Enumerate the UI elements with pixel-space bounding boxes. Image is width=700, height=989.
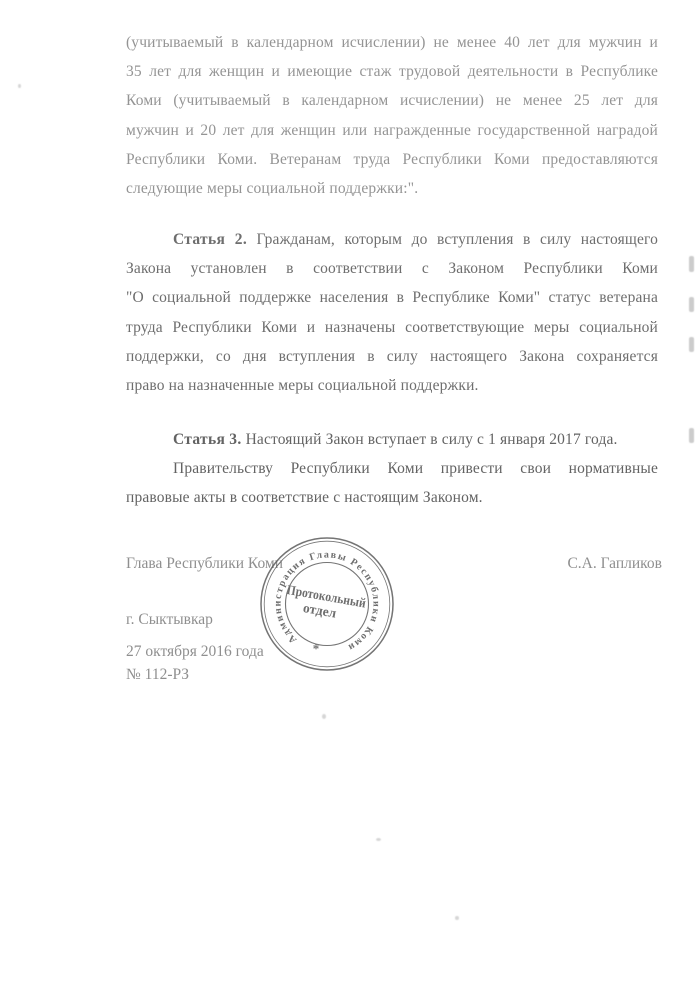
- text-line: Правительству Республики Коми привести с…: [126, 454, 658, 483]
- article-3-label: Статья 3.: [173, 431, 242, 448]
- text-line: Закона установлен в соответствии с Закон…: [126, 254, 658, 283]
- stamp-star: *: [313, 641, 320, 656]
- text-line: Статья 2. Гражданам, которым до вступлен…: [126, 225, 658, 254]
- scan-edge-artifact: [689, 337, 694, 352]
- text-line: труда Республики Коми и назначены соотве…: [126, 313, 658, 342]
- signature-city: г. Сыктывкар: [126, 605, 213, 634]
- signature-date: 27 октября 2016 года: [126, 640, 264, 663]
- text-line: Коми (учитываемый в календарном исчислен…: [126, 86, 658, 115]
- scan-speck: [322, 714, 326, 719]
- document-number: № 112-РЗ: [126, 663, 264, 686]
- scan-edge-artifact: [689, 297, 694, 312]
- text-line: (учитываемый в календарном исчислении) н…: [126, 28, 658, 57]
- article-3-paragraph: Статья 3. Настоящий Закон вступает в сил…: [126, 425, 658, 513]
- article-3-first-line: Настоящий Закон вступает в силу с 1 янва…: [242, 431, 618, 448]
- text-line: следующие меры социальной поддержки:".: [126, 174, 658, 203]
- text-line: поддержки, со дня вступления в силу наст…: [126, 342, 658, 371]
- text-line: 35 лет для женщин и имеющие стаж трудово…: [126, 57, 658, 86]
- text-line: правовые акты в соответствие с настоящим…: [126, 483, 658, 512]
- signature-name: С.А. Гапликов: [567, 549, 662, 578]
- text-line: "О социальной поддержке населения в Респ…: [126, 283, 658, 312]
- text-line: право на назначенные меры социальной под…: [126, 371, 658, 400]
- article-2-label: Статья 2.: [173, 231, 247, 248]
- stamp-center-text: Протокольный отдел: [283, 582, 367, 625]
- scan-speck: [455, 916, 459, 920]
- scan-edge-artifact: [689, 428, 694, 443]
- document-page: (учитываемый в календарном исчислении) н…: [0, 0, 700, 989]
- text-line: Статья 3. Настоящий Закон вступает в сил…: [126, 425, 658, 454]
- signature-date-block: 27 октября 2016 года № 112-РЗ: [126, 640, 264, 686]
- article-2-first-line: Гражданам, которым до вступления в силу …: [247, 231, 658, 248]
- scan-speck: [18, 84, 21, 88]
- text-line: мужчин и 20 лет для женщин или награжден…: [126, 116, 658, 145]
- article-2-paragraph: Статья 2. Гражданам, которым до вступлен…: [126, 225, 658, 400]
- scan-speck: [376, 838, 381, 841]
- scan-edge-artifact: [689, 256, 694, 272]
- paragraph-continuation: (учитываемый в календарном исчислении) н…: [126, 28, 658, 203]
- text-line: Республики Коми. Ветеранам труда Республ…: [126, 145, 658, 174]
- official-stamp: Администрация Главы Республики Коми Прот…: [259, 536, 395, 672]
